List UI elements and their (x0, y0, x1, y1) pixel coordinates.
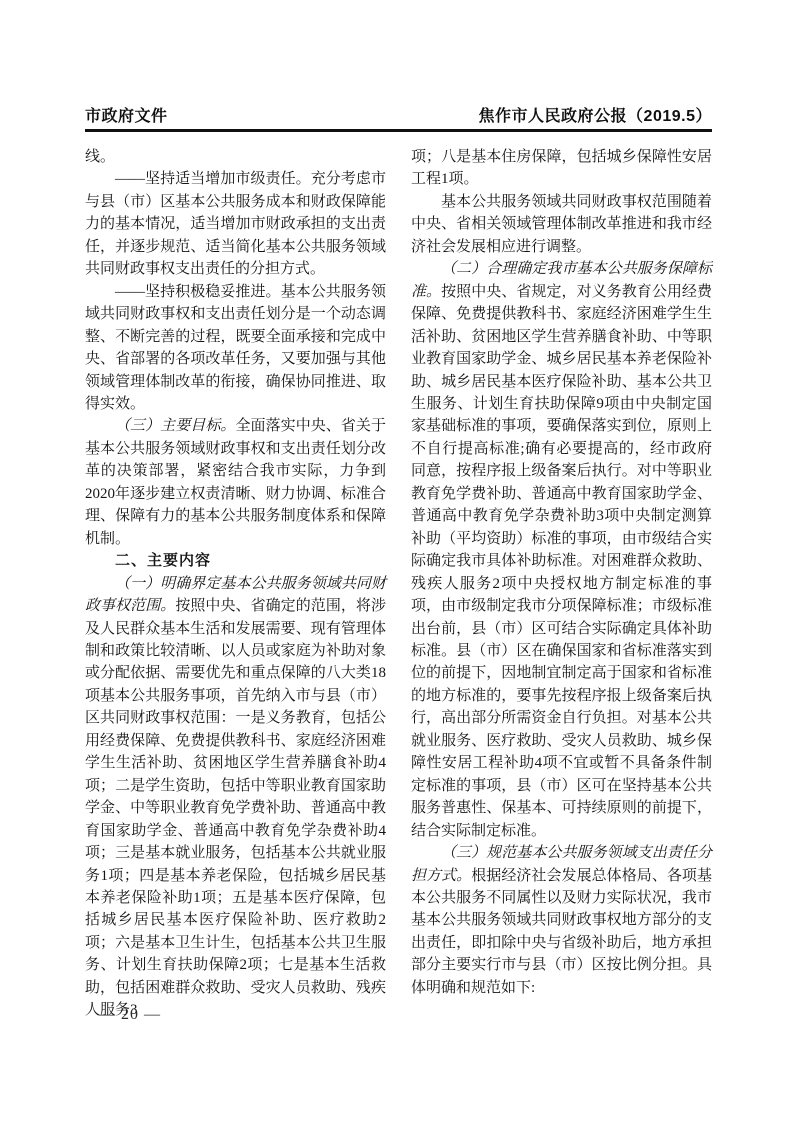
paragraph: 线。 (85, 146, 386, 168)
paragraph: （三）主要目标。全面落实中央、省关于基本公共服务领域财政事权和支出责任划分改革的… (85, 415, 386, 550)
header-right-label: 焦作市人民政府公报（2019.5） (479, 103, 712, 126)
paragraph-text: 根据经济社会发展总体格局、各项基本公共服务不同属性以及财力实际状况，我市基本公共… (411, 868, 712, 996)
paragraph: ——坚持积极稳妥推进。基本公共服务领域共同财政事权和支出责任划分是一个动态调整、… (85, 281, 386, 416)
paragraph-lead: （三）主要目标。 (115, 418, 235, 434)
right-column: 项；八是基本住房保障，包括城乡保障性安居工程1项。基本公共服务领域共同财政事权范… (411, 146, 712, 1022)
paragraph: ——坚持适当增加市级责任。充分考虑市与县（市）区基本公共服务成本和财政保障能力的… (85, 168, 386, 280)
document-page: 市政府文件 焦作市人民政府公报（2019.5） 线。——坚持适当增加市级责任。充… (0, 0, 793, 1122)
paragraph: （一）明确界定基本公共服务领域共同财政事权范围。按照中央、省确定的范围，将涉及人… (85, 573, 386, 1022)
paragraph: （三）规范基本公共服务领域支出责任分担方式。根据经济社会发展总体格局、各项基本公… (411, 842, 712, 999)
paragraph-text: 按照中央、省确定的范围，将涉及人民群众基本生活和发展需要、现有管理体制和政策比较… (85, 598, 386, 1018)
left-column: 线。——坚持适当增加市级责任。充分考虑市与县（市）区基本公共服务成本和财政保障能… (85, 146, 386, 1022)
two-column-body: 线。——坚持适当增加市级责任。充分考虑市与县（市）区基本公共服务成本和财政保障能… (85, 146, 712, 1022)
paragraph: 项；八是基本住房保障，包括城乡保障性安居工程1项。 (411, 146, 712, 191)
header-divider-rule (85, 129, 712, 132)
paragraph-text: 按照中央、省规定，对义务教育公用经费保障、免费提供教科书、家庭经济困难学生生活补… (411, 284, 712, 839)
header-left-label: 市政府文件 (85, 103, 168, 126)
paragraph: （二）合理确定我市基本公共服务保障标准。按照中央、省规定，对义务教育公用经费保障… (411, 258, 712, 842)
paragraph: 基本公共服务领域共同财政事权范围随着中央、省相关领域管理体制改革推进和我市经济社… (411, 191, 712, 258)
running-header: 市政府文件 焦作市人民政府公报（2019.5） (85, 103, 712, 126)
paragraph-text: 全面落实中央、省关于基本公共服务领域财政事权和支出责任划分改革的决策部署，紧密结… (85, 418, 386, 546)
section-heading: 二、主要内容 (85, 550, 386, 572)
page-number: — 20 — (99, 1006, 161, 1024)
